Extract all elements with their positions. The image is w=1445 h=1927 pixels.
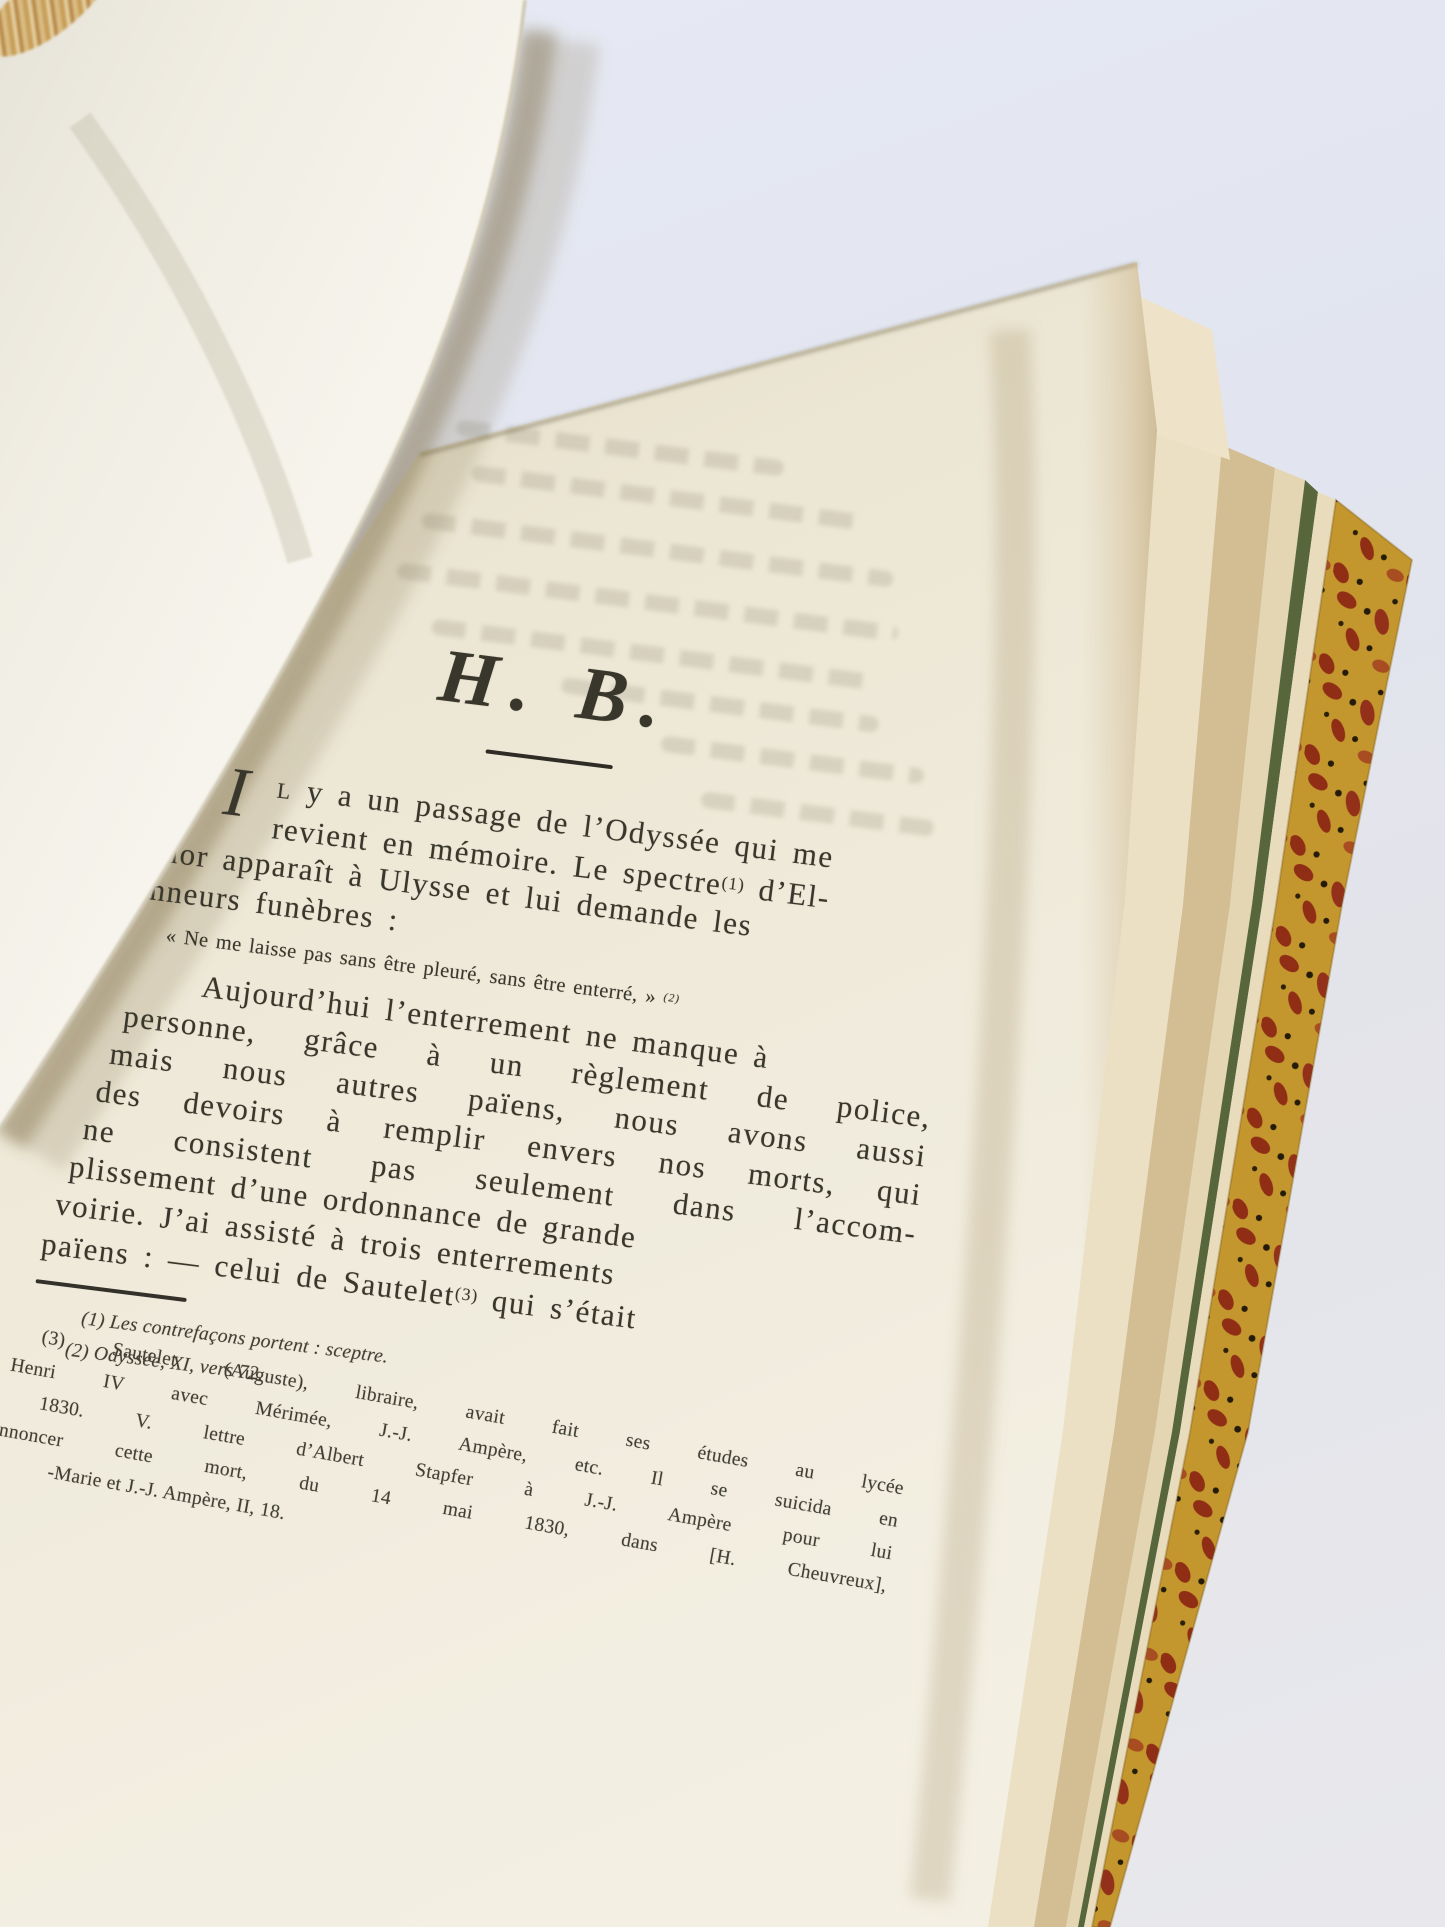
book-photo: H. B. I L y a un passage de l’Odyssée qu… bbox=[0, 0, 1445, 1927]
turning-page bbox=[0, 0, 1445, 1927]
